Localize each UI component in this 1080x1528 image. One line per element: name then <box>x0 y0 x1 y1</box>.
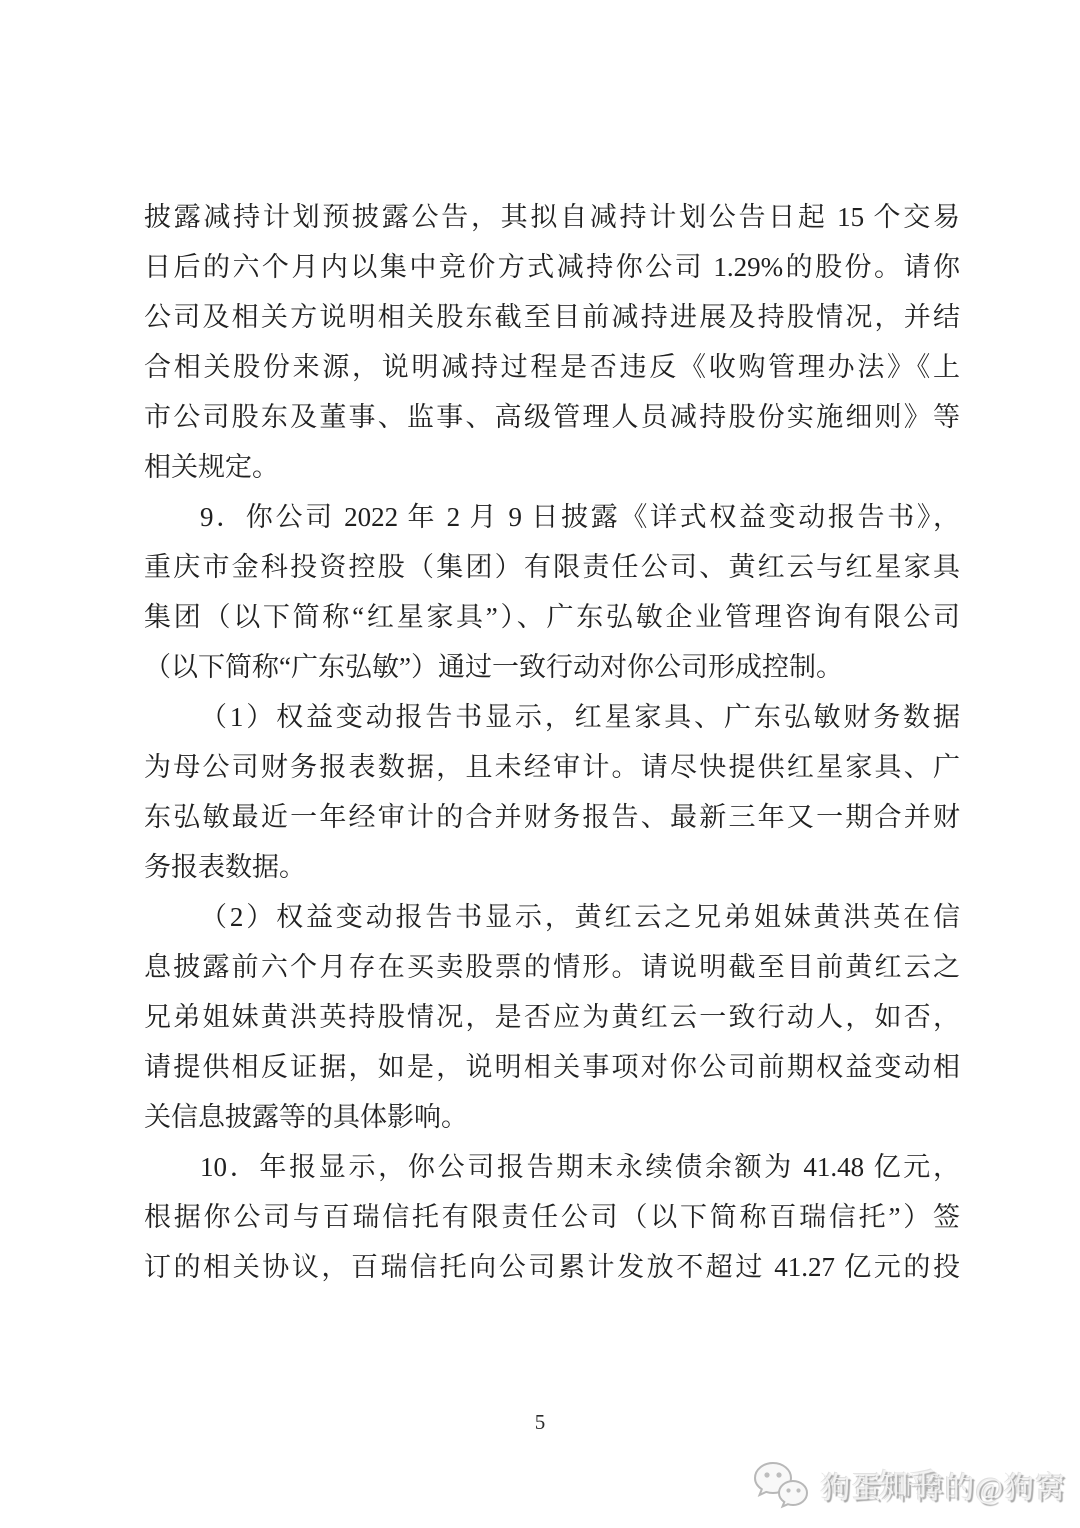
text-line: 务报表数据。 <box>144 842 960 892</box>
text-line: 集团（以下简称“红星家具”）、广东弘敏企业管理咨询有限公司 <box>144 592 960 642</box>
watermark-overlay-text: 知乎 <box>878 1460 938 1504</box>
text-line: 请提供相反证据，如是，说明相关事项对你公司前期权益变动相 <box>144 1042 960 1092</box>
text-line: 根据你公司与百瑞信托有限责任公司（以下简称百瑞信托”）签 <box>144 1192 960 1242</box>
text-line: 9．你公司 2022 年 2 月 9 日披露《详式权益变动报告书》， <box>144 492 960 542</box>
text-line: 市公司股东及董事、监事、高级管理人员减持股份实施细则》等 <box>144 392 960 442</box>
text-line: 东弘敏最近一年经审计的合并财务报告、最新三年又一期合并财 <box>144 792 960 842</box>
wechat-icon <box>750 1459 812 1511</box>
text-line: 合相关股份来源，说明减持过程是否违反《收购管理办法》《上 <box>144 342 960 392</box>
document-page: 披露减持计划预披露公告，其拟自减持计划公告日起 15 个交易 日后的六个月内以集… <box>0 0 1080 1528</box>
text-line: 重庆市金科投资控股（集团）有限责任公司、黄红云与红星家具 <box>144 542 960 592</box>
text-line: （1）权益变动报告书显示，红星家具、广东弘敏财务数据 <box>144 692 960 742</box>
text-line: 披露减持计划预披露公告，其拟自减持计划公告日起 15 个交易 <box>144 192 960 242</box>
text-line: 10．年报显示，你公司报告期末永续债余额为 41.48 亿元， <box>144 1142 960 1192</box>
text-line: （以下简称“广东弘敏”）通过一致行动对你公司形成控制。 <box>144 642 960 692</box>
text-line: 为母公司财务报表数据，且未经审计。请尽快提供红星家具、广 <box>144 742 960 792</box>
watermark-account-name: 狗蛋师傅的@狗窝 <box>820 1472 1066 1505</box>
text-line: 相关规定。 <box>144 442 960 492</box>
watermark: 狗蛋师傅的@狗窝 知乎 <box>750 1456 1066 1514</box>
text-line: 公司及相关方说明相关股东截至目前减持进展及持股情况，并结 <box>144 292 960 342</box>
text-line: 订的相关协议，百瑞信托向公司累计发放不超过 41.27 亿元的投 <box>144 1242 960 1292</box>
document-body: 披露减持计划预披露公告，其拟自减持计划公告日起 15 个交易 日后的六个月内以集… <box>144 192 960 1292</box>
watermark-text-wrap: 狗蛋师傅的@狗窝 知乎 <box>820 1463 1066 1507</box>
text-line: 日后的六个月内以集中竞价方式减持你公司 1.29%的股份。请你 <box>144 242 960 292</box>
text-line: 息披露前六个月存在买卖股票的情形。请说明截至目前黄红云之 <box>144 942 960 992</box>
text-line: 关信息披露等的具体影响。 <box>144 1092 960 1142</box>
text-line: 兄弟姐妹黄洪英持股情况，是否应为黄红云一致行动人，如否， <box>144 992 960 1042</box>
text-line: （2）权益变动报告书显示，黄红云之兄弟姐妹黄洪英在信 <box>144 892 960 942</box>
page-number: 5 <box>0 1410 1080 1435</box>
